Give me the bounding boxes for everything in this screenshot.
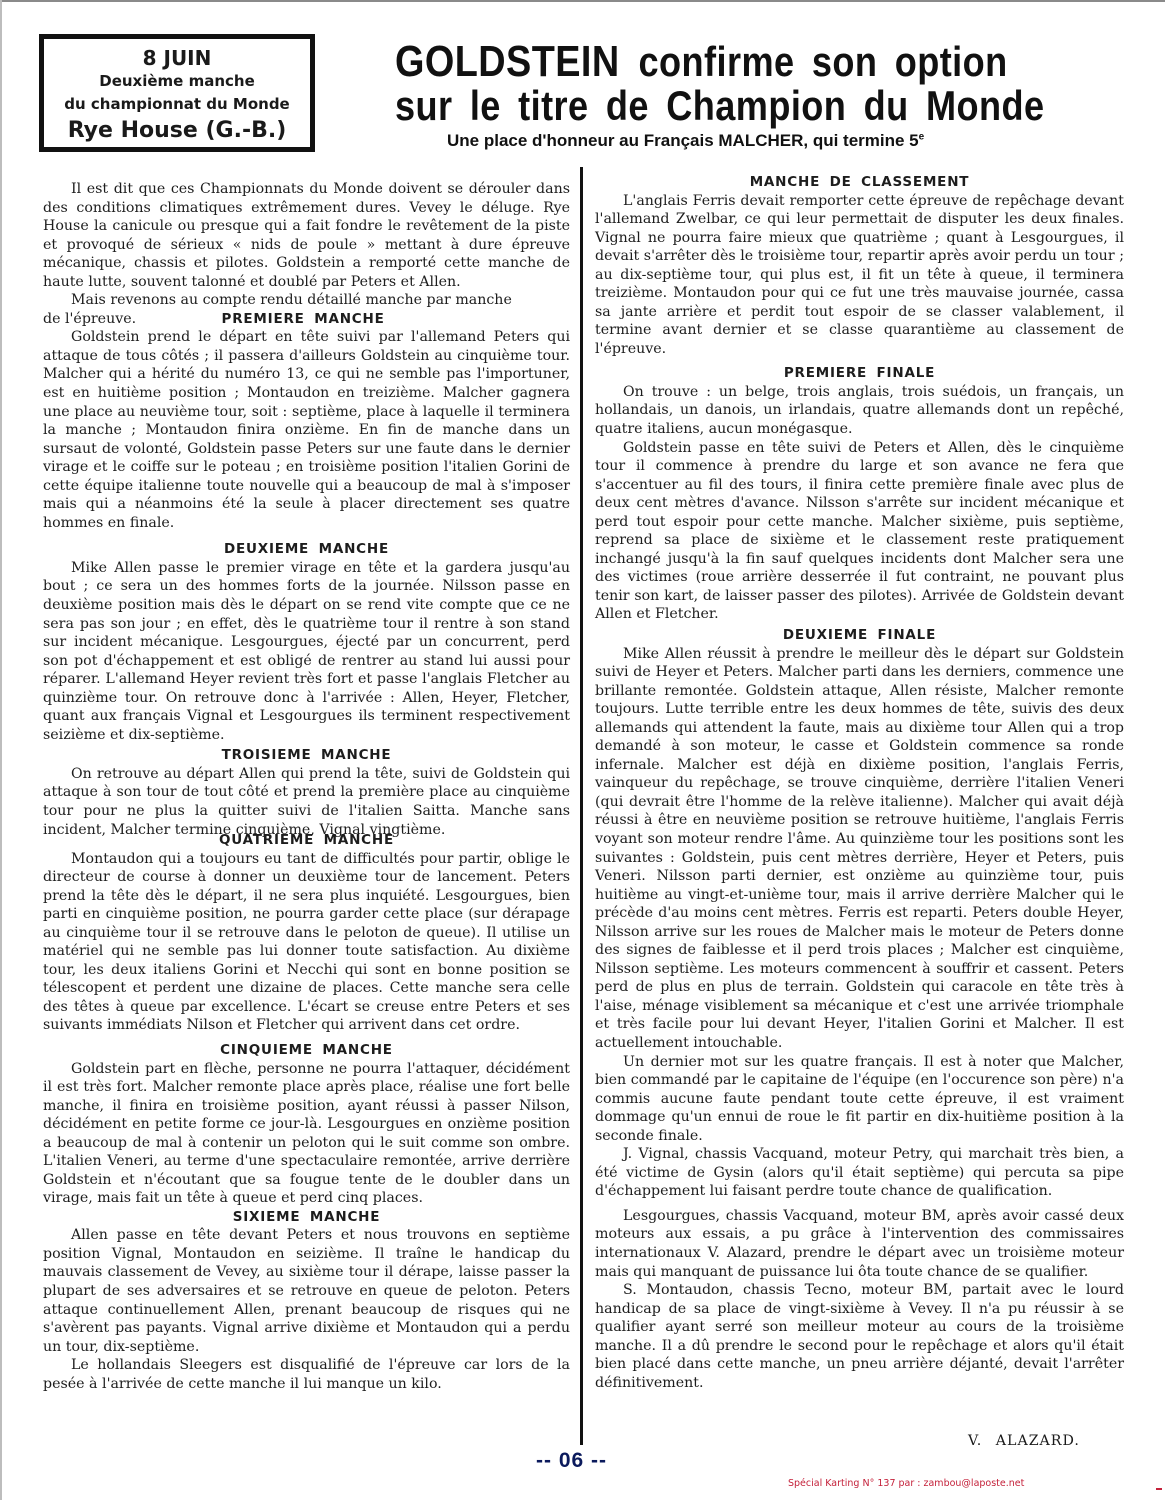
footer-credit: Spécial Karting N° 137 par : zambou@lapo… <box>788 1478 1024 1489</box>
section-paragraph: L'anglais Ferris devait remporter cette … <box>595 192 1124 359</box>
page-top-border <box>0 0 1165 2</box>
section-paragraph: Goldstein prend le départ en tête suivi … <box>43 328 570 532</box>
headline-line1: confirme son option <box>639 38 1008 85</box>
headline-name: GOLDSTEIN <box>395 37 620 86</box>
intro-tail-row: de l'épreuve. PREMIERE MANCHE <box>43 310 570 329</box>
headline-line2: sur le titre de Champion du Monde <box>395 84 1031 128</box>
section-paragraph: Montaudon qui a toujours eu tant de diff… <box>43 850 570 1035</box>
section-paragraph: Un dernier mot sur les quatre français. … <box>595 1053 1124 1146</box>
subheadline-superscript: e <box>919 131 925 142</box>
footer-credit-mark <box>1156 1488 1162 1490</box>
event-venue: Rye House (G.-B.) <box>44 116 310 146</box>
event-date-box: 8 JUIN Deuxième manche du championnat du… <box>39 34 315 152</box>
section-paragraph: Le hollandais Sleegers est disqualifié d… <box>43 1356 570 1393</box>
section-heading: CINQUIEME MANCHE <box>43 1041 570 1060</box>
section-paragraph: Goldstein passe en tête suivi de Peters … <box>595 439 1124 624</box>
section-heading: PREMIERE FINALE <box>595 364 1124 383</box>
section-paragraph: On trouve : un belge, trois anglais, tro… <box>595 383 1124 439</box>
intro-paragraph: Il est dit que ces Championnats du Monde… <box>43 180 570 291</box>
section-paragraph: On retrouve au départ Allen qui prend la… <box>43 765 570 839</box>
page-left-border <box>0 0 2 1500</box>
author-signature: V. ALAZARD. <box>968 1433 1080 1449</box>
section-heading: DEUXIEME FINALE <box>595 626 1124 645</box>
section-paragraph: Goldstein part en flèche, personne ne po… <box>43 1060 570 1208</box>
section-paragraph: Mike Allen réussit à prendre le meilleur… <box>595 645 1124 1053</box>
intro-paragraph-2: Mais revenons au compte rendu détaillé m… <box>43 291 570 310</box>
section-paragraph: J. Vignal, chassis Vacquand, moteur Petr… <box>595 1145 1124 1201</box>
page-number: -- 06 -- <box>536 1449 607 1473</box>
subheadline-text: Une place d'honneur au Français MALCHER,… <box>447 131 919 150</box>
section-heading: TROISIEME MANCHE <box>43 746 570 765</box>
section-paragraph: Lesgourgues, chassis Vacquand, moteur BM… <box>595 1207 1124 1281</box>
intro-tail-text: de l'épreuve. <box>43 310 136 329</box>
column-divider <box>580 167 583 1445</box>
section-heading: SIXIEME MANCHE <box>43 1208 570 1227</box>
left-column: Il est dit que ces Championnats du Monde… <box>43 180 570 1393</box>
section-paragraph: S. Montaudon, chassis Tecno, moteur BM, … <box>595 1281 1124 1392</box>
event-date: 8 JUIN <box>44 46 310 70</box>
section-heading: DEUXIEME MANCHE <box>43 540 570 559</box>
section-paragraph: Allen passe en tête devant Peters et nou… <box>43 1226 570 1356</box>
event-championship: du championnat du Monde <box>44 93 310 116</box>
page-title: GOLDSTEINconfirme son option sur le titr… <box>395 40 1031 128</box>
section-heading: PREMIERE MANCHE <box>136 310 570 329</box>
right-column: MANCHE DE CLASSEMENT L'anglais Ferris de… <box>595 191 1124 1392</box>
event-round: Deuxième manche <box>44 70 310 93</box>
section-paragraph: Mike Allen passe le premier virage en tê… <box>43 559 570 744</box>
subheadline: Une place d'honneur au Français MALCHER,… <box>447 131 1147 151</box>
section-heading: MANCHE DE CLASSEMENT <box>595 173 1124 192</box>
